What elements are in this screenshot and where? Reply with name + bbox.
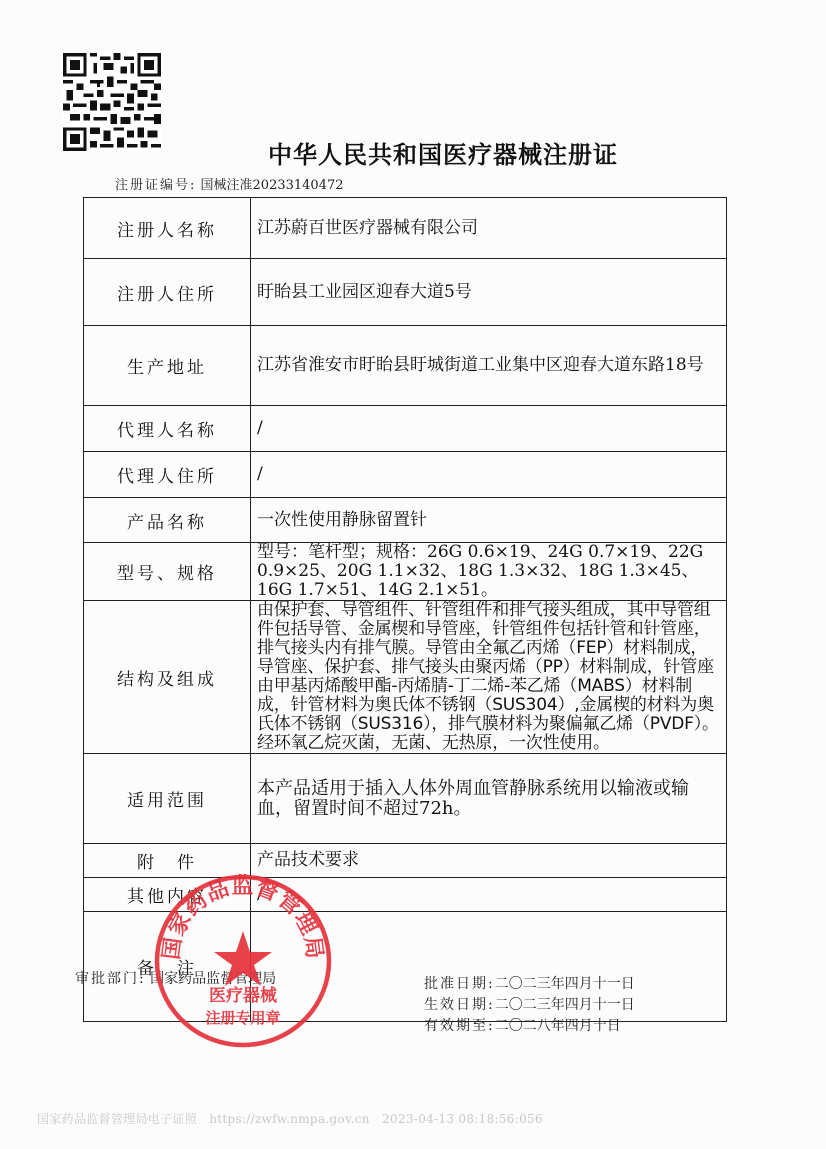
field-value: 型号：笔杆型；规格：26G 0.6×19、24G 0.7×19、22G 0.9×… — [251, 543, 727, 601]
field-value: / — [251, 878, 727, 912]
approval-department-label: 审批部门: — [75, 971, 146, 987]
table-row: 注册人名称 江苏蔚百世医疗器械有限公司 — [84, 198, 727, 259]
field-value: / — [251, 452, 727, 498]
page-title: 中华人民共和国医疗器械注册证 — [0, 135, 826, 170]
field-key: 其他内容 — [84, 878, 251, 912]
field-key: 产品名称 — [84, 498, 251, 543]
field-value: 一次性使用静脉留置针 — [251, 498, 727, 543]
field-key: 生产地址 — [84, 326, 251, 406]
approval-department: 审批部门: 国家药品监督管理局 — [75, 968, 276, 988]
expiry-date: 有效期至:二〇二八年四月十日 — [424, 1016, 635, 1037]
table-row: 生产地址 江苏省淮安市盱眙县盱城街道工业集中区迎春大道东路18号 — [84, 326, 727, 406]
table-row: 注册人住所 盱眙县工业园区迎春大道5号 — [84, 259, 727, 326]
table-row: 型号、规格 型号：笔杆型；规格：26G 0.6×19、24G 0.7×19、22… — [84, 543, 727, 601]
certificate-table: 注册人名称 江苏蔚百世医疗器械有限公司 注册人住所 盱眙县工业园区迎春大道5号 … — [83, 197, 727, 1022]
approval-date-value: 二〇二三年四月十一日 — [495, 976, 635, 992]
watermark-text: 国家药品监督管理局电子证照 — [37, 1112, 197, 1126]
table-row: 附 件 产品技术要求 — [84, 844, 727, 878]
table-row: 结构及组成 由保护套、导管组件、针管组件和排气接头组成，其中导管组件包括导管、金… — [84, 601, 727, 754]
field-value: 本产品适用于插入人体外周血管静脉系统用以输液或输血，留置时间不超过72h。 — [251, 754, 727, 844]
table-row: 代理人住所 / — [84, 452, 727, 498]
expiry-date-value: 二〇二八年四月十日 — [495, 1018, 621, 1034]
effective-date-value: 二〇二三年四月十一日 — [495, 997, 635, 1013]
approval-date-label: 批准日期: — [424, 976, 495, 992]
field-key: 备 注 — [84, 912, 251, 1022]
field-key: 注册人名称 — [84, 198, 251, 259]
registration-number-label: 注册证编号: — [115, 178, 196, 193]
field-value: 盱眙县工业园区迎春大道5号 — [251, 259, 727, 326]
table-row: 适用范围 本产品适用于插入人体外周血管静脉系统用以输液或输血，留置时间不超过72… — [84, 754, 727, 844]
approval-department-value: 国家药品监督管理局 — [150, 971, 276, 987]
field-key: 代理人住所 — [84, 452, 251, 498]
dates-block: 批准日期:二〇二三年四月十一日 生效日期:二〇二三年四月十一日 有效期至:二〇二… — [424, 974, 635, 1037]
field-value: 江苏省淮安市盱眙县盱城街道工业集中区迎春大道东路18号 — [251, 326, 727, 406]
watermark-url: https://zwfw.nmpa.gov.cn — [209, 1112, 370, 1126]
registration-number-value: 国械注准20233140472 — [201, 178, 344, 193]
field-key: 注册人住所 — [84, 259, 251, 326]
field-key: 结构及组成 — [84, 601, 251, 754]
field-value: 由保护套、导管组件、针管组件和排气接头组成，其中导管组件包括导管、金属楔和导管座… — [251, 601, 727, 754]
effective-date-label: 生效日期: — [424, 997, 495, 1013]
approval-date: 批准日期:二〇二三年四月十一日 — [424, 974, 635, 995]
expiry-date-label: 有效期至: — [424, 1018, 495, 1034]
field-key: 适用范围 — [84, 754, 251, 844]
effective-date: 生效日期:二〇二三年四月十一日 — [424, 995, 635, 1016]
table-row: 产品名称 一次性使用静脉留置针 — [84, 498, 727, 543]
field-key: 型号、规格 — [84, 543, 251, 601]
table-row: 其他内容 / — [84, 878, 727, 912]
electronic-license-watermark: 国家药品监督管理局电子证照 https://zwfw.nmpa.gov.cn 2… — [37, 1110, 543, 1127]
field-key: 代理人名称 — [84, 406, 251, 452]
watermark-timestamp: 2023-04-13 08:18:56:056 — [382, 1112, 543, 1126]
field-value: 产品技术要求 — [251, 844, 727, 878]
table-row: 代理人名称 / — [84, 406, 727, 452]
field-value: / — [251, 406, 727, 452]
field-key: 附 件 — [84, 844, 251, 878]
field-value: 江苏蔚百世医疗器械有限公司 — [251, 198, 727, 259]
registration-number: 注册证编号: 国械注准20233140472 — [115, 174, 344, 193]
